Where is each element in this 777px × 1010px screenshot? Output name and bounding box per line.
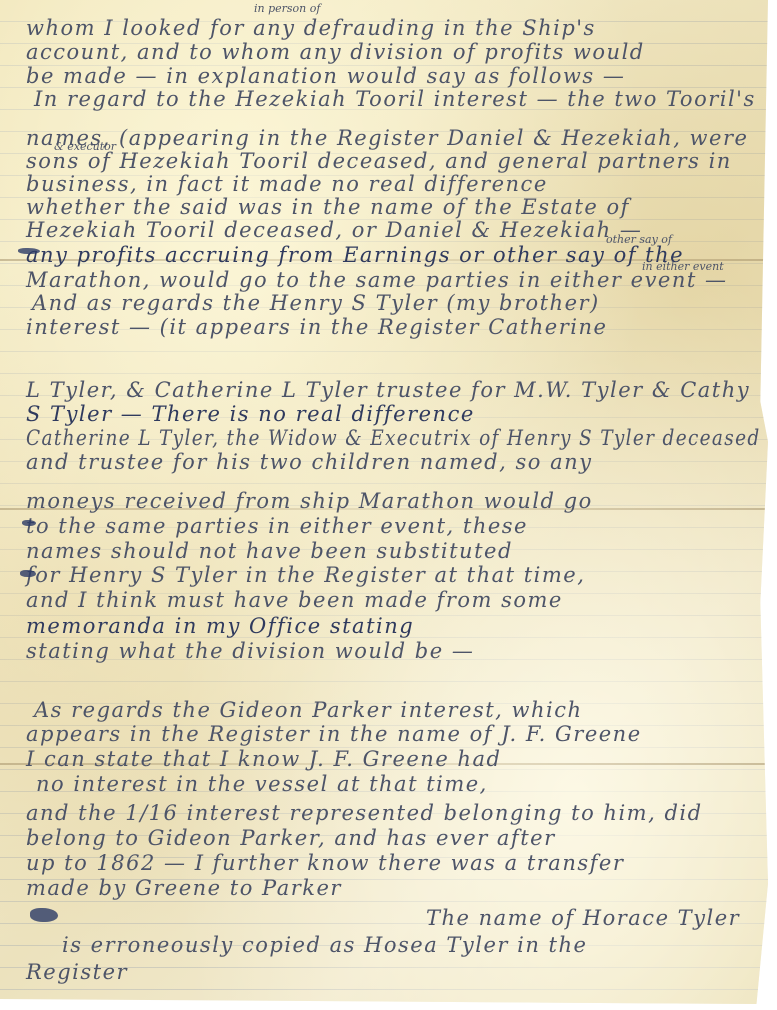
text-line: and trustee for his two children named, … <box>26 450 592 474</box>
text-line: Hezekiah Tooril deceased, or Daniel & He… <box>26 218 642 242</box>
text-line: As regards the Gideon Parker interest, w… <box>34 698 583 722</box>
text-line: names, (appearing in the Register Daniel… <box>26 126 748 150</box>
ink-blot <box>22 520 36 526</box>
text-line: Marathon, would go to the same parties i… <box>26 268 728 292</box>
text-line: and I think must have been made from som… <box>26 588 563 612</box>
text-line: names should not have been substituted <box>26 539 513 563</box>
document-page: in person of whom I looked for any defra… <box>0 0 768 1004</box>
text-line: business, in fact it made no real differ… <box>26 172 548 196</box>
text-line: no interest in the vessel at that time, <box>36 772 488 796</box>
text-line: S Tyler — There is no real difference <box>26 402 475 426</box>
text-line: appears in the Register in the name of J… <box>26 722 642 746</box>
text-line: interest — (it appears in the Register C… <box>26 315 607 339</box>
text-line: any profits accruing from Earnings or ot… <box>26 243 684 267</box>
text-line: whether the said was in the name of the … <box>26 195 630 219</box>
text-line: The name of Horace Tyler <box>426 906 740 930</box>
ink-blot <box>20 570 36 577</box>
text-line: be made — in explanation would say as fo… <box>26 64 625 88</box>
text-line: And as regards the Henry S Tyler (my bro… <box>32 291 600 315</box>
text-line: for Henry S Tyler in the Register at tha… <box>26 563 585 587</box>
text-line: up to 1862 — I further know there was a … <box>26 851 624 875</box>
ink-blot <box>18 248 40 254</box>
ink-blot <box>30 908 58 922</box>
text-line: stating what the division would be — <box>26 639 474 663</box>
text-line: moneys received from ship Marathon would… <box>26 489 593 513</box>
text-line: sons of Hezekiah Tooril deceased, and ge… <box>26 149 732 173</box>
text-line: L Tyler, & Catherine L Tyler trustee for… <box>26 378 750 402</box>
text-line: memoranda in my Office stating <box>26 614 414 638</box>
text-line: belong to Gideon Parker, and has ever af… <box>26 826 556 850</box>
text-line: is erroneously copied as Hosea Tyler in … <box>62 933 587 957</box>
insertion-note: in person of <box>254 2 320 15</box>
text-line: Register <box>26 960 128 984</box>
text-line: to the same parties in either event, the… <box>26 514 528 538</box>
text-line: In regard to the Hezekiah Tooril interes… <box>34 87 756 111</box>
text-line: and the 1/16 interest represented belong… <box>26 801 703 825</box>
text-line: Catherine L Tyler, the Widow & Executrix… <box>26 426 761 450</box>
text-line: whom I looked for any defrauding in the … <box>26 16 596 40</box>
text-line: account, and to whom any division of pro… <box>26 40 645 64</box>
text-line: I can state that I know J. F. Greene had <box>26 747 501 771</box>
text-line: made by Greene to Parker <box>26 876 342 900</box>
